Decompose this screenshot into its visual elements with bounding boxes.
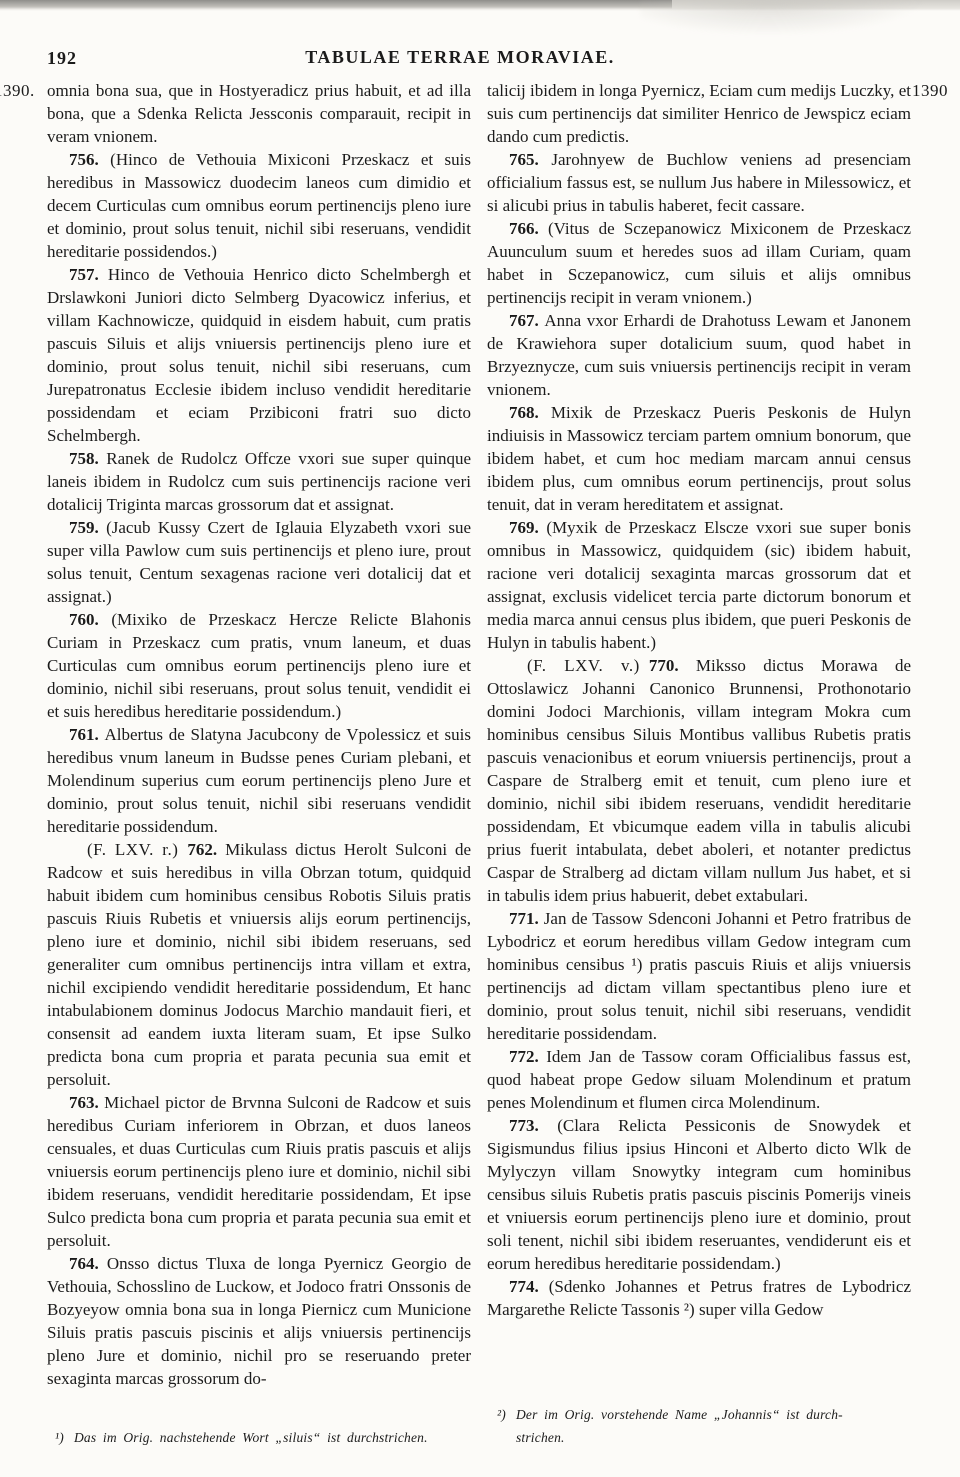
entry-number: 764. — [69, 1254, 107, 1273]
folio-ref: (F. LXV. v.) — [527, 656, 649, 675]
entry-continuation: talicij ibidem in longa Pyernicz, Eciam … — [487, 79, 911, 148]
entry-text: (Jacub Kussy Czert de Iglauia Elyzabeth … — [47, 518, 471, 606]
entry-764: 764. Onsso dictus Tluxa de longa Pyernic… — [47, 1252, 471, 1390]
entry-number: 774. — [509, 1277, 549, 1296]
entry-763: 763. Michael pictor de Brvnna Sulconi de… — [47, 1091, 471, 1252]
entry-text: (Clara Relicta Pessiconis de Snowydek et… — [487, 1116, 911, 1273]
scan-edge-artifact-dark — [0, 0, 672, 9]
entry-771: 771. Jan de Tassow Sdenconi Johanni et P… — [487, 907, 911, 1045]
entry-number: 771. — [509, 909, 544, 928]
entry-number: 763. — [69, 1093, 104, 1112]
entry-765: 765. Jarohnyew de Buchlow veniens ad pre… — [487, 148, 911, 217]
entry-770: (F. LXV. v.) 770. Miksso dictus Morawa d… — [487, 654, 911, 907]
entry-text: (Sdenko Johannes et Petrus fratres de Ly… — [487, 1277, 911, 1319]
entry-756: 756. (Hinco de Vethouia Mixiconi Przeska… — [47, 148, 471, 263]
entry-number: 757. — [69, 265, 108, 284]
footnote-marker: ²) — [497, 1403, 516, 1449]
footnote-text: Das im Orig. nachstehende Wort „siluis“ … — [74, 1426, 428, 1449]
entry-text: Jarohnyew de Buchlow veniens ad presenci… — [487, 150, 911, 215]
entry-text: Miksso dictus Morawa de Ottoslawicz Joha… — [487, 656, 911, 905]
footnote-2: ²) Der im Orig. vorstehende Name „Johann… — [497, 1403, 909, 1449]
entry-759: 759. (Jacub Kussy Czert de Iglauia Elyza… — [47, 516, 471, 608]
entry-text: omnia bona sua, que in Hostyeradicz priu… — [47, 81, 471, 146]
entry-number: 772. — [509, 1047, 546, 1066]
entry-text: Anna vxor Erhardi de Drahotuss Lewam et … — [487, 311, 911, 399]
entry-number: 756. — [69, 150, 110, 169]
entry-number: 773. — [509, 1116, 557, 1135]
running-title: TABULAE TERRAE MORAVIAE. — [0, 47, 920, 68]
text-column-left: omnia bona sua, que in Hostyeradicz priu… — [47, 79, 471, 1390]
entry-number: 768. — [509, 403, 551, 422]
entry-text: Michael pictor de Brvnna Sulconi de Radc… — [47, 1093, 471, 1250]
entry-number: 766. — [509, 219, 548, 238]
entry-text: Idem Jan de Tassow coram Officialibus fa… — [487, 1047, 911, 1112]
entry-760: 760. (Mixiko de Przeskacz Hercze Relicte… — [47, 608, 471, 723]
footnote-text: Der im Orig. vorstehende Name „Johannis“… — [516, 1403, 843, 1449]
entry-767: 767. Anna vxor Erhardi de Drahotuss Lewa… — [487, 309, 911, 401]
entry-766: 766. (Vitus de Sczepanowicz Mixiconem de… — [487, 217, 911, 309]
footnote-1: ¹) Das im Orig. nachstehende Wort „silui… — [55, 1426, 475, 1449]
folio-ref: (F. LXV. r.) — [87, 840, 187, 859]
footnote-marker: ¹) — [55, 1426, 74, 1449]
entry-text: Onsso dictus Tluxa de longa Pyernicz Geo… — [47, 1254, 471, 1388]
entry-761: 761. Albertus de Slatyna Jacubcony de Vp… — [47, 723, 471, 838]
entry-number: 758. — [69, 449, 106, 468]
entry-text: (Hinco de Vethouia Mixiconi Przeskacz et… — [47, 150, 471, 261]
entry-text: (Myxik de Przeskacz Elscze vxori sue sup… — [487, 518, 911, 652]
entry-text: Jan de Tassow Sdenconi Johanni et Petro … — [487, 909, 911, 1043]
entry-number: 765. — [509, 150, 551, 169]
entry-text: Mikulass dictus Herolt Sulconi de Radcow… — [47, 840, 471, 1089]
entry-772: 772. Idem Jan de Tassow coram Officialib… — [487, 1045, 911, 1114]
book-page: 192 TABULAE TERRAE MORAVIAE. 1390. 1390 … — [0, 0, 960, 1477]
entry-text: Mixik de Przeskacz Pueris Peskonis de Hu… — [487, 403, 911, 514]
entry-number: 762. — [187, 840, 225, 859]
entry-continuation: omnia bona sua, que in Hostyeradicz priu… — [47, 79, 471, 148]
margin-year-right: 1390 — [912, 81, 948, 101]
entry-text: Hinco de Vethouia Henrico dicto Schelmbe… — [47, 265, 471, 445]
entry-number: 759. — [69, 518, 106, 537]
entry-number: 770. — [649, 656, 696, 675]
entry-number: 769. — [509, 518, 546, 537]
entry-text: Albertus de Slatyna Jacubcony de Vpoless… — [47, 725, 471, 836]
entry-757: 757. Hinco de Vethouia Henrico dicto Sch… — [47, 263, 471, 447]
entry-773: 773. (Clara Relicta Pessiconis de Snowyd… — [487, 1114, 911, 1275]
entry-text: talicij ibidem in longa Pyernicz, Eciam … — [487, 81, 911, 146]
margin-year-left: 1390. — [0, 81, 35, 101]
text-column-right: talicij ibidem in longa Pyernicz, Eciam … — [487, 79, 911, 1321]
entry-758: 758. Ranek de Rudolcz Offcze vxori sue s… — [47, 447, 471, 516]
entry-text: (Vitus de Sczepanowicz Mixiconem de Prze… — [487, 219, 911, 307]
entry-774: 774. (Sdenko Johannes et Petrus fratres … — [487, 1275, 911, 1321]
entry-text: Ranek de Rudolcz Offcze vxori sue super … — [47, 449, 471, 514]
entry-number: 767. — [509, 311, 544, 330]
entry-number: 760. — [69, 610, 111, 629]
entry-text: (Mixiko de Przeskacz Hercze Relicte Blah… — [47, 610, 471, 721]
entry-768: 768. Mixik de Przeskacz Pueris Peskonis … — [487, 401, 911, 516]
entry-769: 769. (Myxik de Przeskacz Elscze vxori su… — [487, 516, 911, 654]
entry-762: (F. LXV. r.) 762. Mikulass dictus Herolt… — [47, 838, 471, 1091]
entry-number: 761. — [69, 725, 104, 744]
